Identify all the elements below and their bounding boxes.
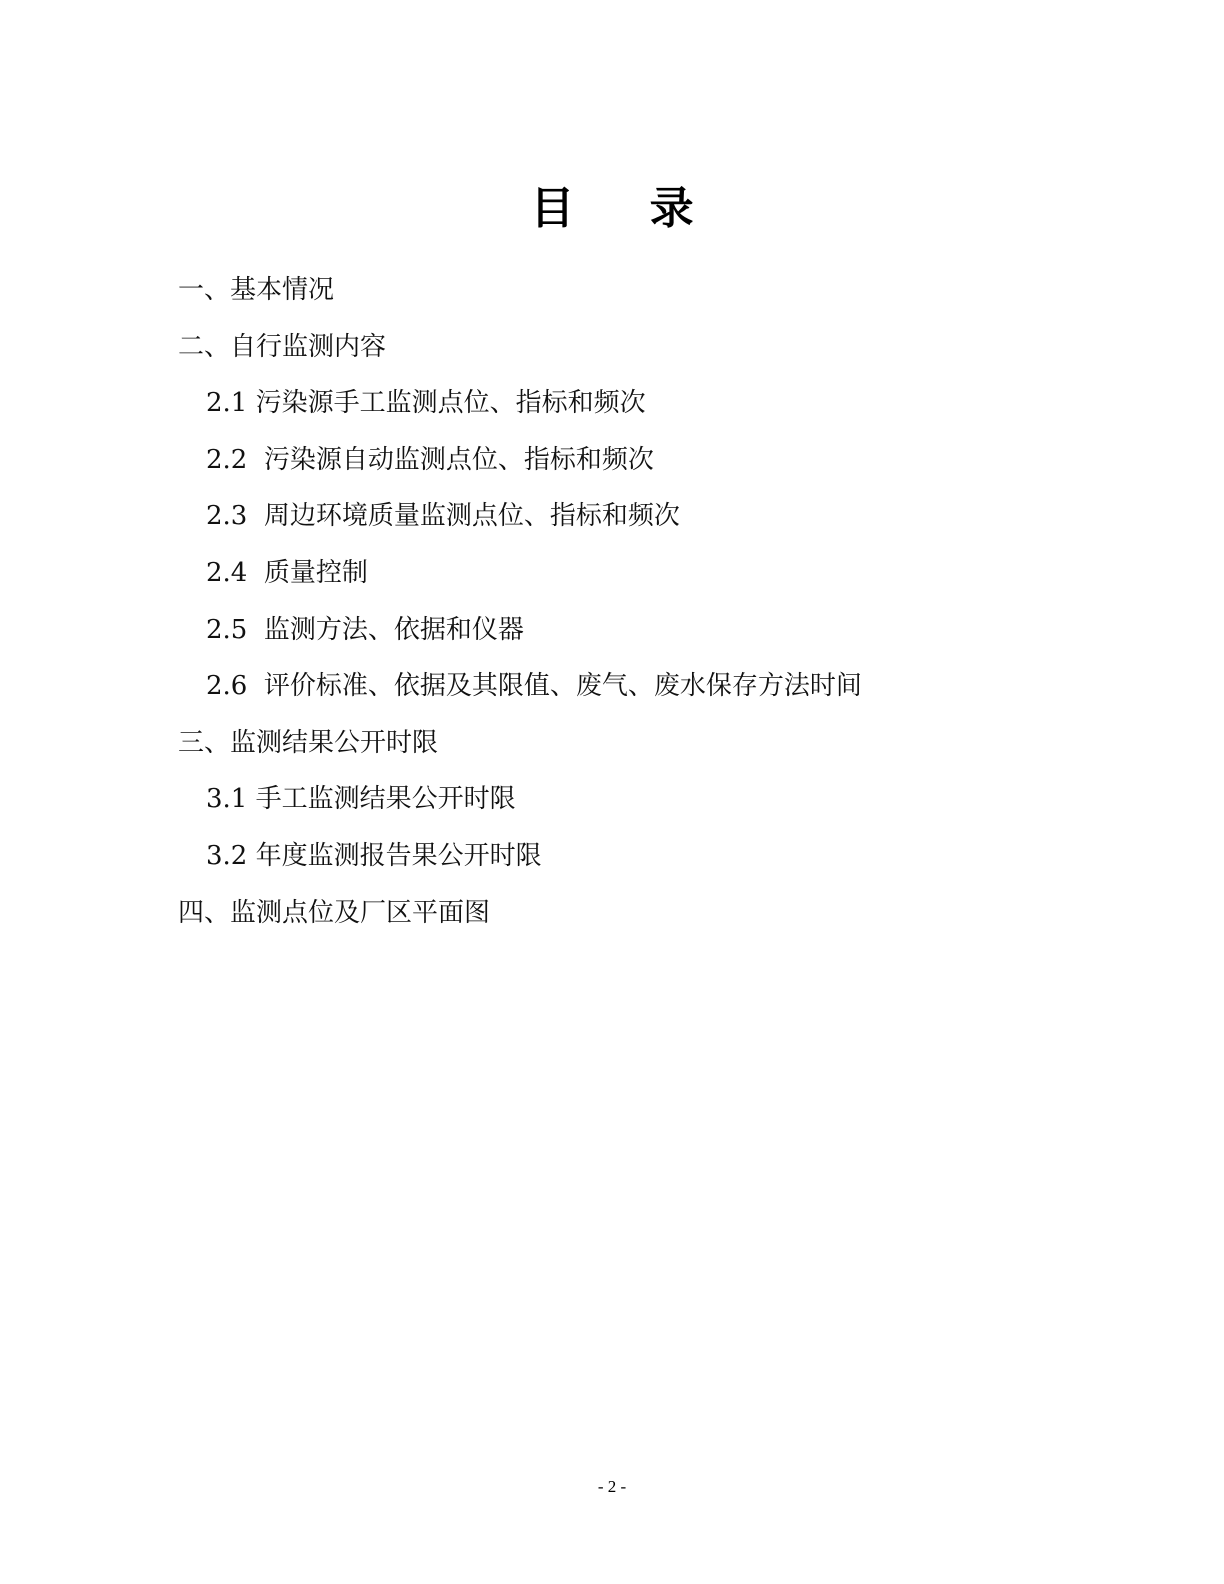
toc-entry-number: 2.4 xyxy=(206,545,264,602)
toc-entry-number: 2.6 xyxy=(206,658,264,715)
page-title: 目 录 xyxy=(0,179,1224,239)
toc-entry-text: 污染源手工监测点位、指标和频次 xyxy=(256,388,646,418)
toc-entry-number: 二、 xyxy=(178,319,230,376)
toc-entry-number: 2.5 xyxy=(206,602,264,659)
toc-entry-number: 3.1 xyxy=(206,771,256,828)
toc-entry-3-2[interactable]: 3.2 年度监测报告果公开时限 xyxy=(178,828,862,885)
toc-entry-self-monitoring-content[interactable]: 二、自行监测内容 xyxy=(178,319,862,376)
toc-entry-number: 一、 xyxy=(178,262,230,319)
toc-entry-text: 手工监测结果公开时限 xyxy=(256,784,516,814)
toc-entry-3-1[interactable]: 3.1 手工监测结果公开时限 xyxy=(178,771,862,828)
toc-entry-basic-info[interactable]: 一、基本情况 xyxy=(178,262,862,319)
toc-entry-number: 3.2 xyxy=(206,828,256,885)
toc-entry-text: 监测结果公开时限 xyxy=(230,728,438,758)
toc-entry-2-6[interactable]: 2.6 评价标准、依据及其限值、废气、废水保存方法时间 xyxy=(178,658,862,715)
toc-entry-number: 三、 xyxy=(178,715,230,772)
table-of-contents: 一、基本情况 二、自行监测内容 2.1 污染源手工监测点位、指标和频次 2.2 … xyxy=(178,262,862,941)
toc-entry-number: 2.3 xyxy=(206,488,264,545)
toc-entry-number: 2.1 xyxy=(206,375,256,432)
toc-entry-2-4[interactable]: 2.4 质量控制 xyxy=(178,545,862,602)
toc-entry-text: 年度监测报告果公开时限 xyxy=(256,841,542,871)
toc-entry-2-3[interactable]: 2.3 周边环境质量监测点位、指标和频次 xyxy=(178,488,862,545)
toc-entry-number: 2.2 xyxy=(206,432,264,489)
toc-entry-text: 污染源自动监测点位、指标和频次 xyxy=(264,445,654,475)
toc-entry-text: 评价标准、依据及其限值、废气、废水保存方法时间 xyxy=(264,671,862,701)
toc-entry-2-5[interactable]: 2.5 监测方法、依据和仪器 xyxy=(178,602,862,659)
toc-entry-site-plan[interactable]: 四、监测点位及厂区平面图 xyxy=(178,885,862,942)
toc-entry-text: 监测点位及厂区平面图 xyxy=(230,898,490,928)
page-number: - 2 - xyxy=(0,1476,1224,1498)
toc-entry-number: 四、 xyxy=(178,885,230,942)
toc-entry-text: 自行监测内容 xyxy=(230,332,386,362)
toc-entry-text: 基本情况 xyxy=(230,275,334,305)
toc-entry-2-1[interactable]: 2.1 污染源手工监测点位、指标和频次 xyxy=(178,375,862,432)
toc-entry-disclosure-deadline[interactable]: 三、监测结果公开时限 xyxy=(178,715,862,772)
toc-entry-text: 周边环境质量监测点位、指标和频次 xyxy=(264,501,680,531)
toc-entry-text: 监测方法、依据和仪器 xyxy=(264,615,524,645)
toc-entry-2-2[interactable]: 2.2 污染源自动监测点位、指标和频次 xyxy=(178,432,862,489)
toc-entry-text: 质量控制 xyxy=(264,558,368,588)
